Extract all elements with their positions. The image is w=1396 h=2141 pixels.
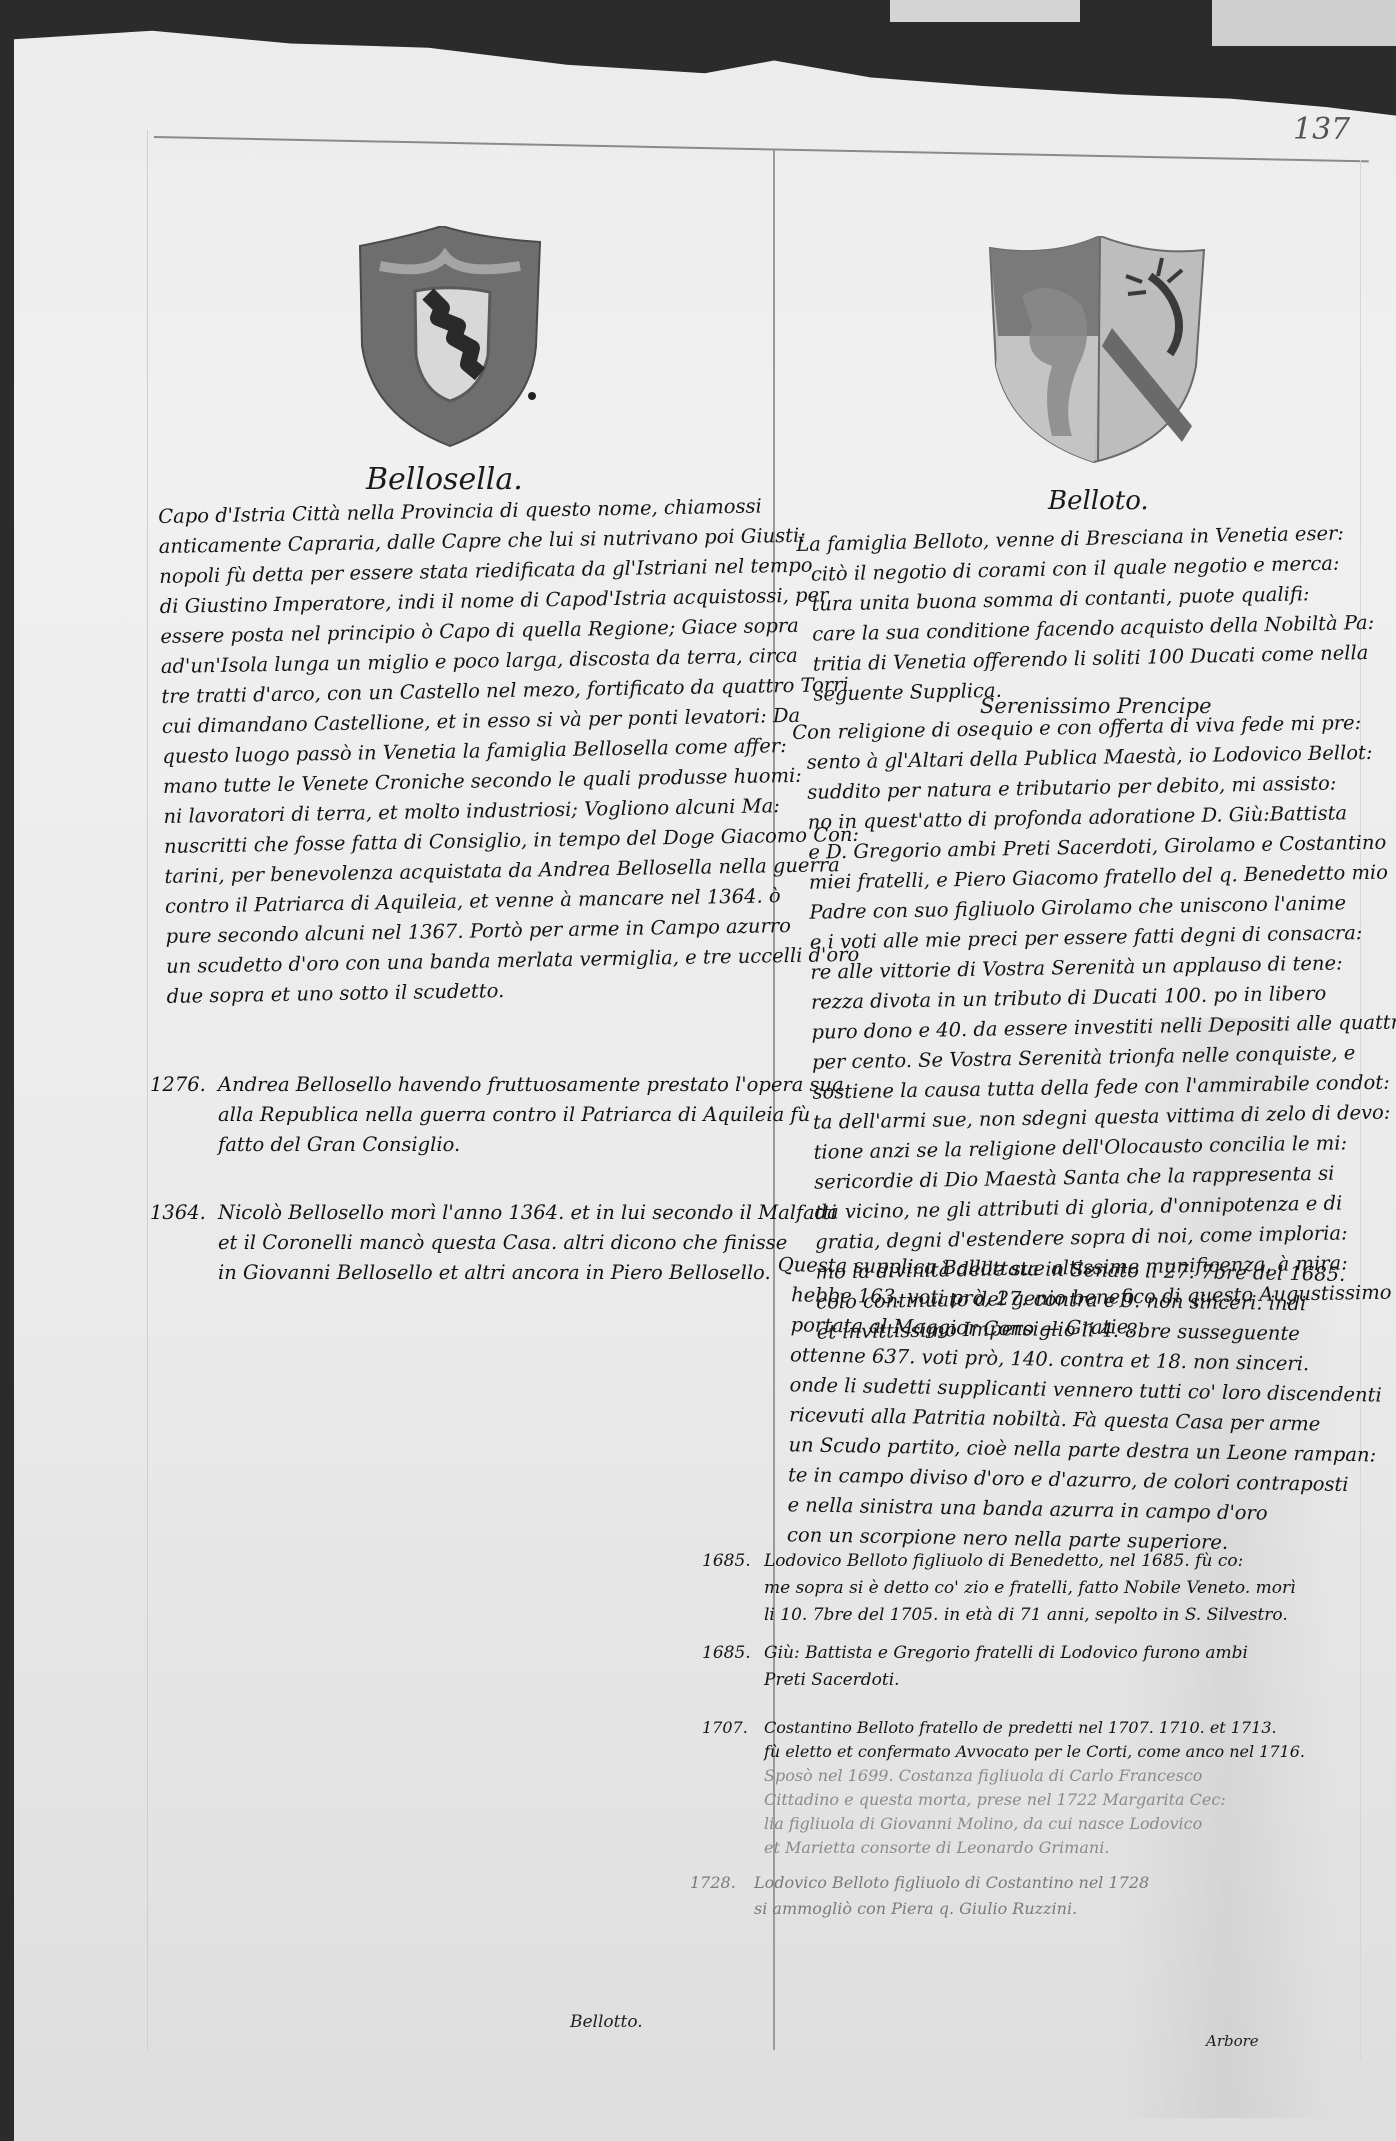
entry-1364: 1364. Nicolò Bellosello morì l'anno 1364… [150, 1198, 770, 1298]
text-line: Andrea Bellosello havendo fruttuosamente… [218, 1070, 844, 1100]
faded-text-line: Sposò nel 1699. Costanza figliuola di Ca… [764, 1764, 1305, 1788]
left-margin-rule [147, 130, 148, 2050]
faded-text-line: lia figliuola di Giovanni Molino, da cui… [764, 1812, 1305, 1836]
entry-1685-giu-battista: 1685. Giù: Battista e Gregorio fratelli … [702, 1640, 1352, 1700]
entry-year: 1685. [702, 1548, 751, 1575]
entry-year: 1707. [702, 1716, 748, 1740]
entry-year: 1364. [150, 1198, 206, 1228]
entry-1276: 1276. Andrea Bellosello havendo fruttuos… [150, 1070, 770, 1170]
text-line: fatto del Gran Consiglio. [218, 1130, 844, 1160]
text-line: in Giovanni Bellosello et altri ancora i… [218, 1258, 837, 1288]
ballot-note-paragraph: Questa supplica Ballottata in Senato li … [773, 1250, 1384, 1561]
text-line: Lodovico Belloto figliuolo di Costantino… [754, 1870, 1149, 1896]
right-catchword: Arbore [1206, 2032, 1259, 2050]
belloto-title: Belloto. [1048, 486, 1149, 516]
text-line: Costantino Belloto fratello de predetti … [764, 1716, 1305, 1740]
text-line: fù eletto et confermato Avvocato per le … [764, 1740, 1305, 1764]
text-line: si ammogliò con Piera q. Giulio Ruzzini. [754, 1896, 1149, 1922]
background-scrap [1212, 0, 1396, 46]
text-line: Lodovico Belloto figliuolo di Benedetto,… [764, 1548, 1296, 1575]
faded-text-line: Cittadino e questa morta, prese nel 1722… [764, 1788, 1305, 1812]
entry-1685-lodovico: 1685. Lodovico Belloto figliuolo di Bene… [702, 1548, 1352, 1648]
text-line: et il Coronelli mancò questa Casa. altri… [218, 1228, 837, 1258]
entry-year: 1276. [150, 1070, 206, 1100]
ruled-top-line [154, 136, 1369, 162]
entry-year: 1728. [690, 1870, 736, 1896]
entry-1728-lodovico: 1728. Lodovico Belloto figliuolo di Cost… [690, 1870, 1350, 1930]
bellosella-history-paragraph: Capo d'Istria Città nella Provincia di q… [158, 490, 862, 1012]
text-line: Giù: Battista e Gregorio fratelli di Lod… [764, 1640, 1248, 1667]
text-line: me sopra si è detto co' zio e fratelli, … [764, 1575, 1296, 1602]
entry-1707-costantino: 1707. Costantino Belloto fratello de pre… [702, 1716, 1352, 1886]
text-line: Nicolò Bellosello morì l'anno 1364. et i… [218, 1198, 837, 1228]
entry-year: 1685. [702, 1640, 751, 1667]
text-line: li 10. 7bre del 1705. in età di 71 anni,… [764, 1602, 1296, 1629]
text-line: Preti Sacerdoti. [764, 1667, 1248, 1694]
background-scrap [890, 0, 1080, 22]
belloto-coat-of-arms-icon [982, 236, 1208, 466]
bellosella-coat-of-arms-icon [350, 226, 550, 448]
text-line: alla Republica nella guerra contro il Pa… [218, 1100, 844, 1130]
left-catchword: Bellotto. [570, 2012, 643, 2032]
page-number: 137 [1293, 112, 1350, 147]
belloto-intro-paragraph: La famiglia Belloto, venne di Bresciana … [796, 518, 1376, 710]
faded-text-line: et Marietta consorte di Leonardo Grimani… [764, 1836, 1305, 1860]
bellosella-title: Bellosella. [366, 462, 523, 497]
